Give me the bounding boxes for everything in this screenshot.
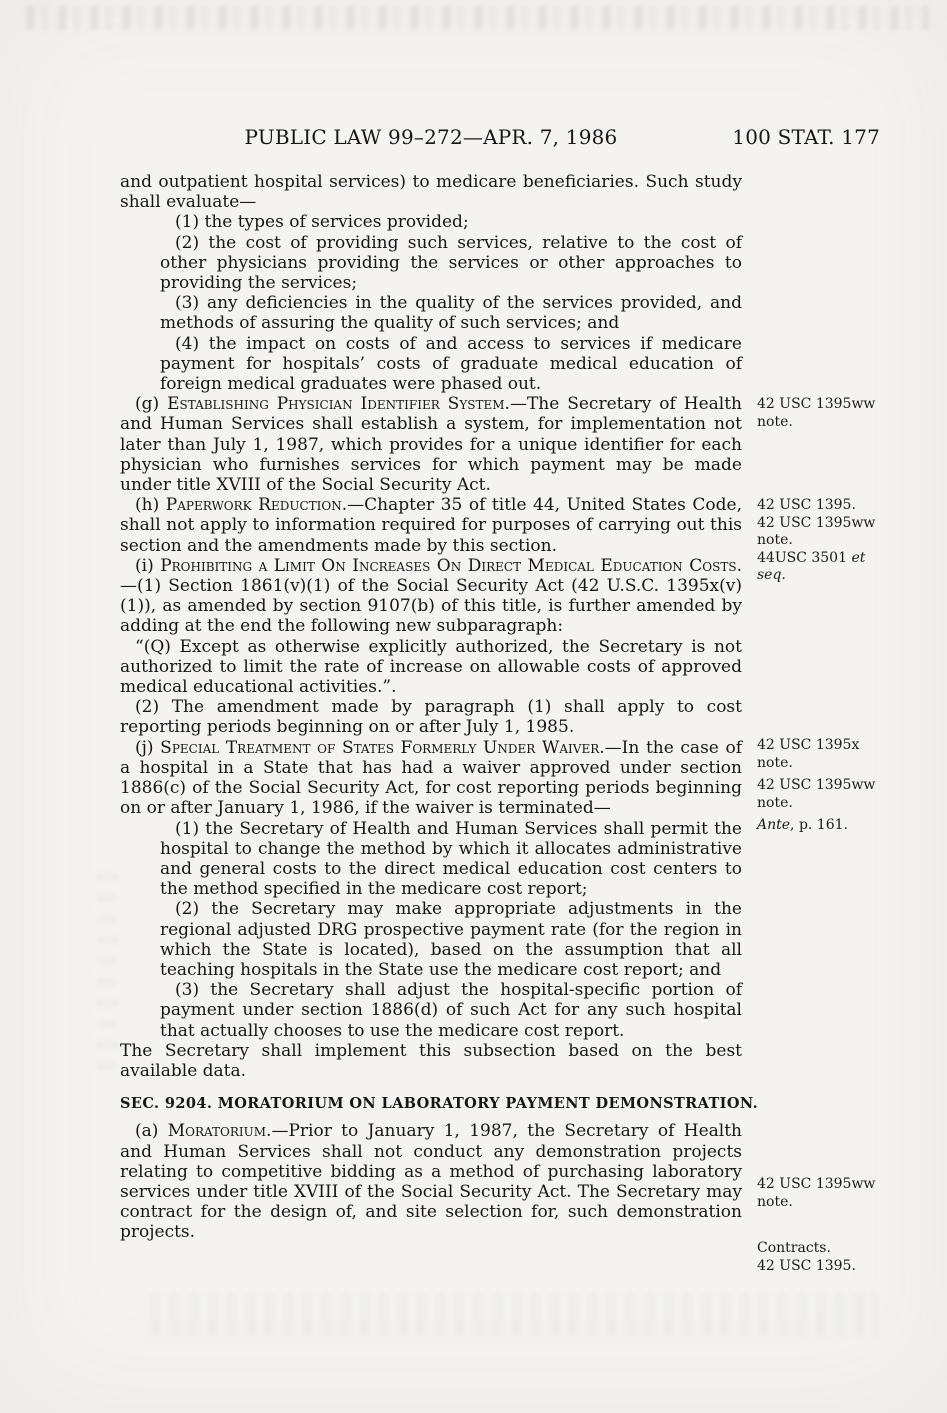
citation: 42 USC 1395ww note. — [757, 396, 889, 431]
paragraph-i-2: (2) The amendment made by paragraph (1) … — [120, 697, 742, 737]
citation: 42 USC 1395ww note. — [757, 1176, 889, 1211]
citation: Ante, p. 161. — [757, 817, 889, 835]
quoted-subparagraph-q: “(Q) Except as otherwise explicitly auth… — [120, 637, 742, 698]
subsection-i-heading: Prohibiting a Limit On Increases On Dire… — [160, 556, 742, 576]
citation: 42 USC 1395ww note. — [757, 515, 889, 550]
citation-text: , p. 161. — [790, 817, 848, 833]
citation: 42 USC 1395. — [757, 497, 889, 515]
subsection-g: (g) Establishing Physician Identifier Sy… — [120, 394, 742, 495]
bleed-artifact-left — [96, 870, 118, 1070]
citation: 42 USC 1395ww note. — [757, 777, 889, 812]
subsection-a-heading: Moratorium. — [168, 1121, 272, 1141]
subsection-a: (a) Moratorium.—Prior to January 1, 1987… — [120, 1121, 742, 1242]
subsection-i-label: (i) — [135, 556, 160, 576]
list-item-4: (4) the impact on costs of and access to… — [160, 334, 742, 395]
running-head: PUBLIC LAW 99–272—APR. 7, 1986 100 STAT.… — [120, 125, 880, 151]
subsection-g-label: (g) — [135, 394, 167, 414]
subsection-h-label: (h) — [135, 495, 166, 515]
subsection-j-closing: The Secretary shall implement this subse… — [120, 1041, 742, 1081]
subsection-g-heading: Establishing Physician Identifier System… — [167, 394, 510, 414]
subsection-j-item-3: (3) the Secretary shall adjust the hospi… — [160, 980, 742, 1041]
citation-italic: Ante — [757, 817, 790, 833]
subsection-j-heading: Special Treatment of States Formerly Und… — [160, 738, 604, 758]
subsection-h-heading: Paperwork Reduction. — [166, 495, 347, 515]
margin-note-contracts: Contracts. 42 USC 1395. — [757, 1240, 889, 1275]
bleed-artifact-bottom — [150, 1293, 877, 1337]
intro-paragraph: and outpatient hospital services) to med… — [120, 172, 742, 212]
subsection-h: (h) Paperwork Reduction.—Chapter 35 of t… — [120, 495, 742, 556]
list-item-1: (1) the types of services provided; — [160, 212, 742, 232]
subsection-i-text: —(1) Section 1861(v)(1) of the Social Se… — [120, 576, 742, 636]
list-item-3: (3) any deficiencies in the quality of t… — [160, 293, 742, 333]
citation-text: 44USC 3501 — [757, 550, 851, 566]
margin-note-usc-1395x: 42 USC 1395x note. — [757, 737, 889, 772]
scanned-statute-page: PUBLIC LAW 99–272—APR. 7, 1986 100 STAT.… — [0, 0, 947, 1413]
stat-page-number: 100 STAT. 177 — [732, 125, 880, 149]
margin-note-usc-1395ww-j: 42 USC 1395ww note. — [757, 777, 889, 812]
citation: 44USC 3501 et seq. — [757, 550, 889, 585]
subsection-j-item-1: (1) the Secretary of Health and Human Se… — [160, 819, 742, 900]
subsection-j-label: (j) — [135, 738, 160, 758]
list-item-2: (2) the cost of providing such services,… — [160, 233, 742, 294]
subsection-j: (j) Special Treatment of States Formerly… — [120, 738, 742, 819]
subsection-i: (i) Prohibiting a Limit On Increases On … — [120, 556, 742, 637]
margin-note-usc-1395ww-g: 42 USC 1395ww note. — [757, 396, 889, 431]
margin-note-usc-1395ww-a: 42 USC 1395ww note. — [757, 1176, 889, 1211]
bleed-artifact-top — [26, 6, 929, 30]
statute-text-column: and outpatient hospital services) to med… — [120, 172, 742, 1243]
citation: Contracts. — [757, 1240, 889, 1258]
margin-note-ante: Ante, p. 161. — [757, 817, 889, 835]
margin-note-usc-h: 42 USC 1395. 42 USC 1395ww note. 44USC 3… — [757, 497, 889, 585]
law-title: PUBLIC LAW 99–272—APR. 7, 1986 — [120, 125, 742, 149]
subsection-j-item-2: (2) the Secretary may make appropriate a… — [160, 899, 742, 980]
citation: 42 USC 1395x note. — [757, 737, 889, 772]
subsection-a-label: (a) — [135, 1121, 168, 1141]
citation: 42 USC 1395. — [757, 1258, 889, 1276]
section-heading: SEC. 9204. MORATORIUM ON LABORATORY PAYM… — [120, 1094, 742, 1114]
